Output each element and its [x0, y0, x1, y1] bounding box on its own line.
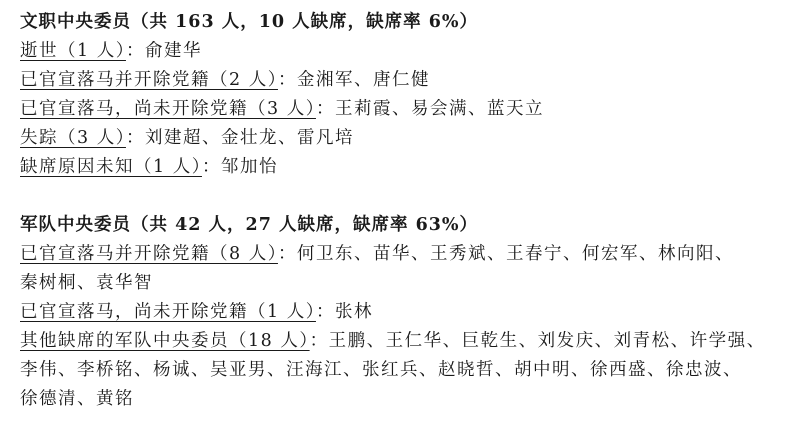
names: 俞建华 [145, 41, 202, 61]
names: 邹加怡 [221, 157, 278, 177]
civil-group-deceased: 逝世（1 人）：俞建华 [20, 37, 800, 66]
separator: ： [278, 70, 297, 90]
group-label: 已官宣落马并开除党籍（2 人） [20, 70, 278, 90]
military-group-expelled-cont: 秦树桐、袁华智 [20, 269, 800, 298]
civil-group-fallen-not-expelled: 已官宣落马，尚未开除党籍（3 人）：王莉霞、易会满、蓝天立 [20, 95, 800, 124]
group-label: 逝世（1 人） [20, 41, 126, 61]
separator: ： [278, 244, 297, 264]
separator: ： [316, 99, 335, 119]
military-group-expelled: 已官宣落马并开除党籍（8 人）：何卫东、苗华、王秀斌、王春宁、何宏军、林向阳、 [20, 240, 800, 269]
names: 刘建超、金壮龙、雷凡培 [145, 128, 354, 148]
military-group-other-absent-cont-2: 徐德清、黄铭 [20, 385, 800, 414]
names: 王鹏、王仁华、巨乾生、刘发庆、刘青松、许学强、 [329, 331, 766, 351]
names: 秦树桐、袁华智 [20, 273, 153, 293]
civil-group-expelled: 已官宣落马并开除党籍（2 人）：金湘军、唐仁健 [20, 66, 800, 95]
separator: ： [310, 331, 329, 351]
military-group-other-absent-cont-1: 李伟、李桥铭、杨诚、吴亚男、汪海江、张红兵、赵晓哲、胡中明、徐西盛、徐忠波、 [20, 356, 800, 385]
separator: ： [126, 128, 145, 148]
names: 张林 [335, 302, 373, 322]
military-group-other-absent: 其他缺席的军队中央委员（18 人）：王鹏、王仁华、巨乾生、刘发庆、刘青松、许学强… [20, 327, 800, 356]
separator: ： [202, 157, 221, 177]
names: 王莉霞、易会满、蓝天立 [335, 99, 544, 119]
group-label: 缺席原因未知（1 人） [20, 157, 202, 177]
group-label: 已官宣落马，尚未开除党籍（1 人） [20, 302, 316, 322]
names: 何卫东、苗华、王秀斌、王春宁、何宏军、林向阳、 [297, 244, 734, 264]
separator: ： [316, 302, 335, 322]
civil-group-missing: 失踪（3 人）：刘建超、金壮龙、雷凡培 [20, 124, 800, 153]
civil-heading: 文职中央委员（共 163 人，10 人缺席，缺席率 6%） [20, 8, 800, 37]
group-label: 已官宣落马，尚未开除党籍（3 人） [20, 99, 316, 119]
military-group-fallen-not-expelled: 已官宣落马，尚未开除党籍（1 人）：张林 [20, 298, 800, 327]
civil-group-unknown: 缺席原因未知（1 人）：邹加怡 [20, 153, 800, 182]
group-label: 其他缺席的军队中央委员（18 人） [20, 331, 310, 351]
names: 李伟、李桥铭、杨诚、吴亚男、汪海江、张红兵、赵晓哲、胡中明、徐西盛、徐忠波、 [20, 360, 742, 380]
military-heading: 军队中央委员（共 42 人，27 人缺席，缺席率 63%） [20, 211, 800, 240]
group-label: 已官宣落马并开除党籍（8 人） [20, 244, 278, 264]
names: 徐德清、黄铭 [20, 389, 134, 409]
separator: ： [126, 41, 145, 61]
group-label: 失踪（3 人） [20, 128, 126, 148]
document: 文职中央委员（共 163 人，10 人缺席，缺席率 6%） 逝世（1 人）：俞建… [0, 0, 800, 414]
section-gap [20, 182, 800, 211]
names: 金湘军、唐仁健 [297, 70, 430, 90]
